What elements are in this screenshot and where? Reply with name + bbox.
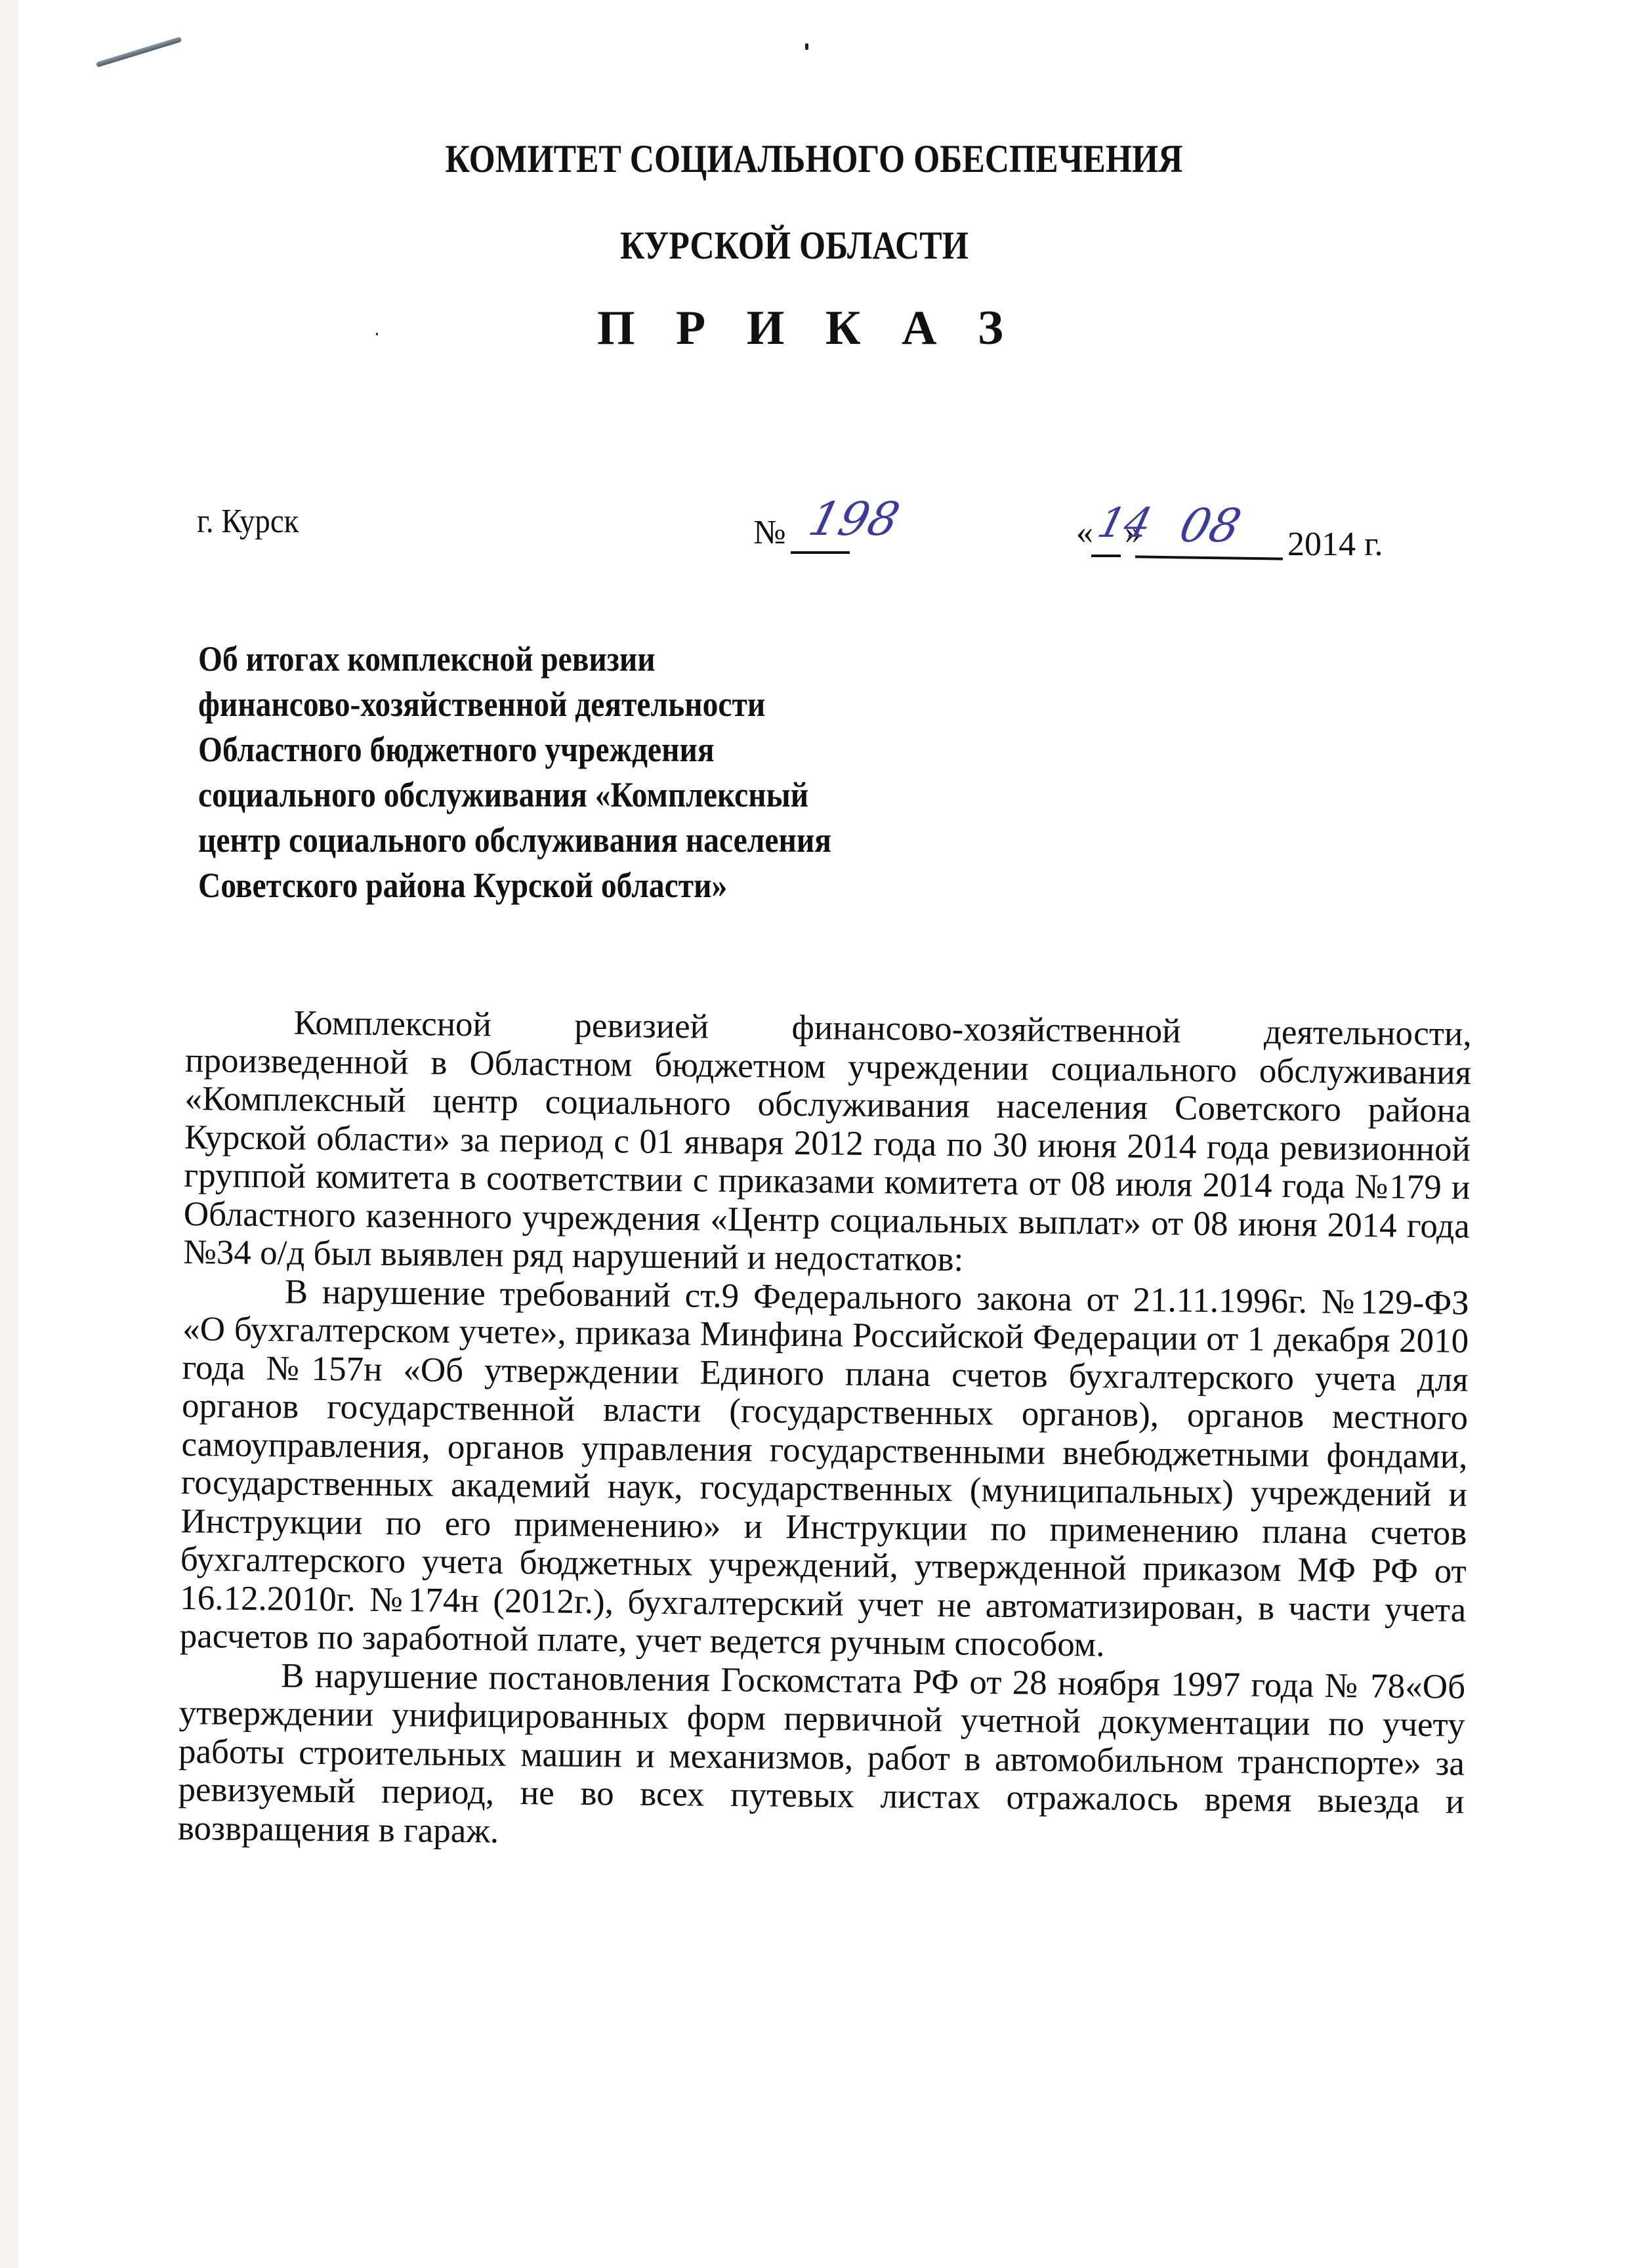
staple-mark-icon [96,37,182,68]
date-day-underline [1091,555,1121,557]
open-quote: « [1076,514,1093,551]
scan-speck [805,43,808,50]
order-subject: Об итогах комплексной ревизии финансово-… [198,637,831,908]
document-meta-row: г. Курск № 198 «» 14 08 2014 г. [0,499,1628,577]
city-label: г. Курск [197,502,299,541]
organization-name: КОМИТЕТ СОЦИАЛЬНОГО ОБЕСПЕЧЕНИЯ [114,136,1514,182]
document-type-title: П Р И К А З [0,301,1621,356]
number-underline [791,551,850,554]
subject-line: центр социального обслуживания населения [198,818,831,863]
organization-region: КУРСКОЙ ОБЛАСТИ [94,223,1495,268]
scanned-document-page: КОМИТЕТ СОЦИАЛЬНОГО ОБЕСПЕЧЕНИЯ КУРСКОЙ … [0,0,1628,2268]
subject-line: Советского района Курской области» [198,863,831,908]
body-paragraph: Комплексной ревизией финансово-хозяйстве… [183,1003,1472,1284]
subject-line: финансово-хозяйственной деятельности [198,682,831,727]
date-month-underline [1135,555,1283,560]
order-body: Комплексной ревизией финансово-хозяйстве… [178,1003,1472,1860]
number-sign: № [753,513,786,552]
body-paragraph: В нарушение требований ст.9 Федерального… [179,1271,1469,1668]
handwritten-order-number: 198 [804,492,905,546]
date-year: 2014 г. [1287,525,1383,564]
subject-line: социального обслуживания «Комплексный [198,772,831,818]
body-paragraph: В нарушение постановления Госкомстата РФ… [178,1655,1466,1859]
subject-line: Областного бюджетного учреждения [198,727,831,772]
handwritten-date-month: 08 [1175,499,1247,553]
subject-line: Об итогах комплексной ревизии [198,637,831,682]
handwritten-date-day: 14 [1093,499,1157,547]
